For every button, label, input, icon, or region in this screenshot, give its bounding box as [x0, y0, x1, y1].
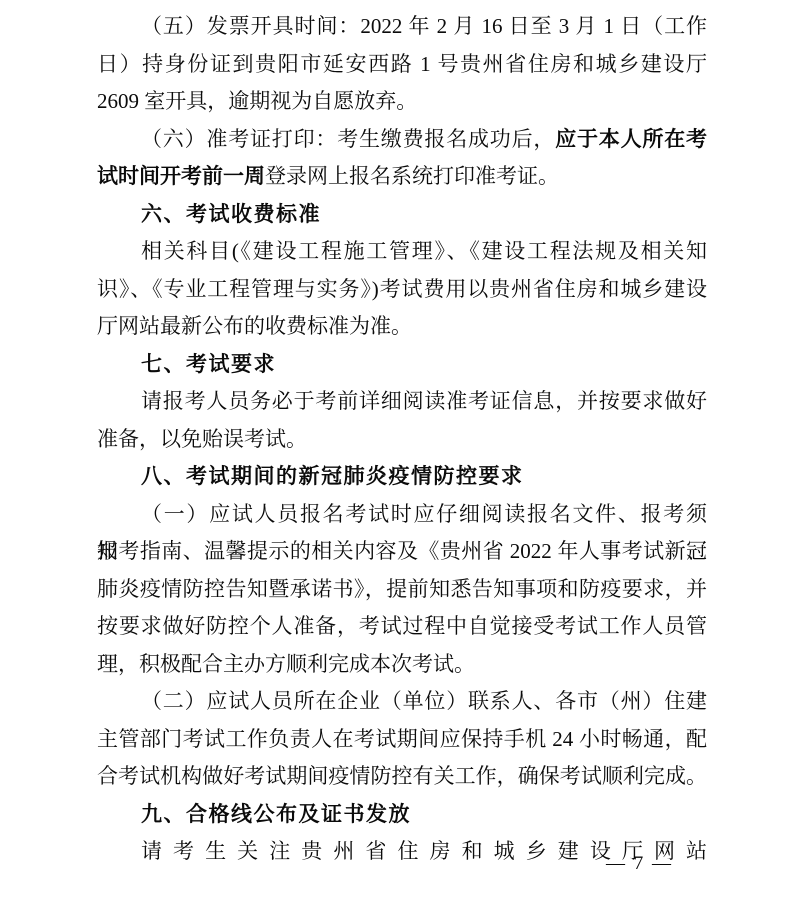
- text-line: 按要求做好防控个人准备，考试过程中自觉接受考试工作人员管: [97, 608, 707, 646]
- text-line: （一）应试人员报名考试时应仔细阅读报名文件、报考须知、: [97, 496, 707, 534]
- text-line: 请报考人员务必于考前详细阅读准考证信息，并按要求做好: [97, 383, 707, 421]
- text-line: 合考试机构做好考试期间疫情防控有关工作，确保考试顺利完成。: [97, 758, 707, 796]
- body-text: 登录网上报名系统打印准考证。: [265, 164, 559, 188]
- text-line: （六）准考证打印：考生缴费报名成功后，应于本人所在考: [97, 121, 707, 159]
- text-line: 识》、《专业工程管理与实务》)考试费用以贵州省住房和城乡建设: [97, 271, 707, 309]
- text-line: 理，积极配合主办方顺利完成本次考试。: [97, 646, 707, 684]
- text-line: 肺炎疫情防控告知暨承诺书》，提前知悉告知事项和防疫要求，并: [97, 571, 707, 609]
- body-text: 厅网站最新公布的收费标准为准。: [97, 314, 412, 338]
- text-line: （二）应试人员所在企业（单位）联系人、各市（州）住建: [97, 683, 707, 721]
- body-text: （六）准考证打印：考生缴费报名成功后，: [141, 127, 555, 151]
- body-text: 请报考人员务必于考前详细阅读准考证信息，并按要求做好: [141, 389, 707, 413]
- text-line: 准备，以免贻误考试。: [97, 421, 707, 459]
- emphasized-text: 九、合格线公布及证书发放: [141, 803, 411, 826]
- text-line: 厅网站最新公布的收费标准为准。: [97, 308, 707, 346]
- section-heading: 七、考试要求: [97, 346, 707, 384]
- text-line: 日）持身份证到贵阳市延安西路 1 号贵州省住房和城乡建设厅: [97, 46, 707, 84]
- body-text: 识》、《专业工程管理与实务》)考试费用以贵州省住房和城乡建设: [97, 277, 707, 301]
- body-text: （五）发票开具时间：2022 年 2 月 16 日至 3 月 1 日（工作: [141, 14, 707, 38]
- body-text: 2609 室开具，逾期视为自愿放弃。: [97, 89, 417, 113]
- body-text: 报考指南、温馨提示的相关内容及《贵州省 2022 年人事考试新冠: [97, 539, 707, 563]
- body-text: 相关科目(《建设工程施工管理》、《建设工程法规及相关知: [141, 239, 707, 263]
- emphasized-text: 八、考试期间的新冠肺炎疫情防控要求: [141, 465, 524, 488]
- emphasized-text: 试时间开考前一周: [97, 165, 265, 188]
- text-line: （五）发票开具时间：2022 年 2 月 16 日至 3 月 1 日（工作: [97, 8, 707, 46]
- body-text: 肺炎疫情防控告知暨承诺书》，提前知悉告知事项和防疫要求，并: [97, 577, 707, 601]
- body-text: 理，积极配合主办方顺利完成本次考试。: [97, 652, 475, 676]
- body-text: 合考试机构做好考试期间疫情防控有关工作，确保考试顺利完成。: [97, 764, 707, 788]
- body-text: 按要求做好防控个人准备，考试过程中自觉接受考试工作人员管: [97, 614, 707, 638]
- text-line: 相关科目(《建设工程施工管理》、《建设工程法规及相关知: [97, 233, 707, 271]
- body-text: （二）应试人员所在企业（单位）联系人、各市（州）住建: [141, 689, 707, 713]
- page-number: — 7 —: [606, 853, 673, 875]
- text-line: 主管部门考试工作负责人在考试期间应保持手机 24 小时畅通，配: [97, 721, 707, 759]
- text-line: 试时间开考前一周登录网上报名系统打印准考证。: [97, 158, 707, 196]
- emphasized-text: 七、考试要求: [141, 353, 276, 376]
- document-body: （五）发票开具时间：2022 年 2 月 16 日至 3 月 1 日（工作日）持…: [97, 8, 707, 871]
- emphasized-text: 六、考试收费标准: [141, 203, 321, 226]
- body-text: 主管部门考试工作负责人在考试期间应保持手机 24 小时畅通，配: [97, 727, 707, 751]
- section-heading: 六、考试收费标准: [97, 196, 707, 234]
- section-heading: 八、考试期间的新冠肺炎疫情防控要求: [97, 458, 707, 496]
- body-text: 准备，以免贻误考试。: [97, 427, 307, 451]
- document-page: （五）发票开具时间：2022 年 2 月 16 日至 3 月 1 日（工作日）持…: [0, 0, 785, 900]
- emphasized-text: 应于本人所在考: [555, 128, 707, 151]
- text-line: 报考指南、温馨提示的相关内容及《贵州省 2022 年人事考试新冠: [97, 533, 707, 571]
- section-heading: 九、合格线公布及证书发放: [97, 796, 707, 834]
- body-text: 日）持身份证到贵阳市延安西路 1 号贵州省住房和城乡建设厅: [97, 52, 707, 76]
- text-line: 2609 室开具，逾期视为自愿放弃。: [97, 83, 707, 121]
